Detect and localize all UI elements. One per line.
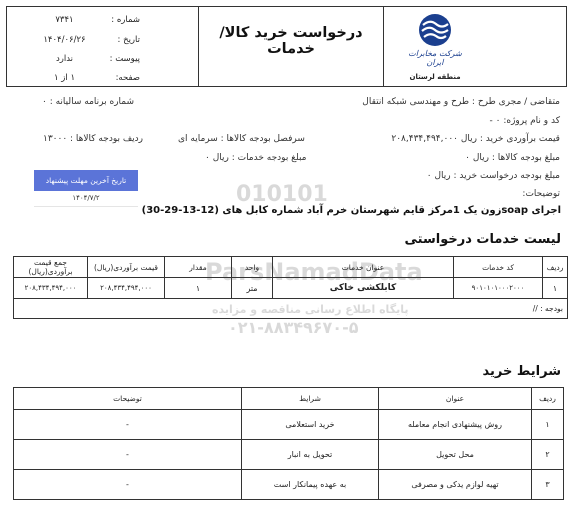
col-unit: واحد xyxy=(232,257,273,278)
request-budget-amount-info: مبلغ بودجه درخواست خرید : ریال ۰ xyxy=(427,171,560,181)
col-condition: شرایط xyxy=(242,388,379,410)
goods-budget-row-info: ردیف بودجه کالاها : ۱۳۰۰۰ xyxy=(43,134,143,144)
company-logo: شرکت مخابرات ایران منطقه لرستان xyxy=(404,13,466,83)
row-index: ۱ xyxy=(543,278,568,299)
col-note: توضیحات xyxy=(14,388,242,410)
document-header: شماره : ۷۳۴۱ تاریخ : ۱۴۰۴/۰۶/۲۶ پیوست : … xyxy=(6,6,567,87)
condition-note: - xyxy=(14,440,242,470)
description-label: توضیحات: xyxy=(522,189,560,199)
page-value: ۱ از ۱ xyxy=(7,73,122,83)
goods-budget-amount-info: مبلغ بودجه کالاها : ریال ۰ xyxy=(465,153,560,163)
attachment-value: ندارد xyxy=(7,54,122,64)
col-code: کد خدمات xyxy=(454,257,543,278)
services-table: ردیف کد خدمات عنوان خدمات واحد مقدار قیم… xyxy=(13,256,568,319)
goods-budget-heading-info: سرفصل بودجه کالاها : سرمایه ای xyxy=(178,134,305,144)
conditions-table: ردیف عنوان شرایط توضیحات ۱ روش پیشنهادی … xyxy=(13,387,564,500)
table-row: ۳ تهیه لوازم یدکی و مصرفی به عهده پیمانک… xyxy=(14,470,564,500)
watermark-binary: 010101 xyxy=(236,182,328,207)
col-index: ردیف xyxy=(543,257,568,278)
page-title: درخواست خرید کالا/خدمات xyxy=(199,25,383,57)
project-info: کد و نام پروژه: ۰ - xyxy=(490,116,560,126)
col-total: جمع قیمت برآوردی(ریال) xyxy=(14,257,88,278)
annual-program-info: شماره برنامه سالیانه : ۰ xyxy=(42,97,134,107)
description-text: اجرای soapزون یک 1مرکز قایم شهرستان خرم … xyxy=(142,205,561,216)
condition-value: خرید استعلامی xyxy=(242,410,379,440)
condition-title: روش پیشنهادی انجام معامله xyxy=(379,410,532,440)
condition-value: به عهده پیمانکار است xyxy=(242,470,379,500)
deadline-date: ۱۴۰۴/۷/۲ xyxy=(34,194,138,202)
requester-info: متقاضی / مجری طرح : طرح و مهندسی شبکه ان… xyxy=(362,97,560,107)
telecom-logo-icon xyxy=(418,13,452,47)
row-index: ۳ xyxy=(532,470,564,500)
table-row: ۲ محل تحویل تحویل به انبار - xyxy=(14,440,564,470)
watermark-phone: ۰۲۱-۸۸۳۴۹۶۷۰-۵ xyxy=(228,318,358,337)
row-index: ۱ xyxy=(532,410,564,440)
col-title: عنوان xyxy=(379,388,532,410)
services-section-title: لیست خدمات درخواستی xyxy=(405,232,561,247)
number-value: ۷۳۴۱ xyxy=(7,15,122,25)
condition-note: - xyxy=(14,410,242,440)
date-value: ۱۴۰۴/۰۶/۲۶ xyxy=(7,35,122,45)
col-unit-price: قیمت برآوردی(ریال) xyxy=(88,257,165,278)
logo-box: شرکت مخابرات ایران منطقه لرستان xyxy=(383,6,567,87)
condition-title: تهیه لوازم یدکی و مصرفی xyxy=(379,470,532,500)
condition-value: تحویل به انبار xyxy=(242,440,379,470)
estimated-price-info: قیمت برآوردی خرید : ریال ۲۰۸,۴۳۴,۴۹۴,۰۰۰ xyxy=(391,134,560,144)
table-header-row: ردیف کد خدمات عنوان خدمات واحد مقدار قیم… xyxy=(14,257,568,278)
service-total: ۲۰۸,۴۳۴,۴۹۴,۰۰۰ xyxy=(14,278,88,299)
condition-note: - xyxy=(14,470,242,500)
company-name: شرکت مخابرات ایران xyxy=(404,49,466,67)
conditions-section-title: شرایط خرید xyxy=(482,364,561,379)
table-row: ۱ روش پیشنهادی انجام معامله خرید استعلام… xyxy=(14,410,564,440)
budget-row: بودجه : // xyxy=(14,299,568,319)
region-name: منطقه لرستان xyxy=(404,73,466,81)
service-unit: متر xyxy=(232,278,273,299)
service-title: کابلکشی خاکی xyxy=(273,278,454,299)
table-row: ۱ ۹۰۱۰۱۰۱۰۰۰۲۰۰۰ کابلکشی خاکی متر ۱ ۲۰۸,… xyxy=(14,278,568,299)
divider xyxy=(34,206,138,207)
meta-box: شماره : ۷۳۴۱ تاریخ : ۱۴۰۴/۰۶/۲۶ پیوست : … xyxy=(6,6,199,87)
service-code: ۹۰۱۰۱۰۱۰۰۰۲۰۰۰ xyxy=(454,278,543,299)
deadline-button[interactable]: تاریخ آخرین مهلت پیشنهاد xyxy=(34,170,138,191)
row-index: ۲ xyxy=(532,440,564,470)
condition-title: محل تحویل xyxy=(379,440,532,470)
service-unit-price: ۲۰۸,۴۳۴,۴۹۴,۰۰۰ xyxy=(88,278,165,299)
col-qty: مقدار xyxy=(165,257,232,278)
services-budget-amount-info: مبلغ بودجه خدمات : ریال ۰ xyxy=(205,153,307,163)
table-header-row: ردیف عنوان شرایط توضیحات xyxy=(14,388,564,410)
title-box: درخواست خرید کالا/خدمات xyxy=(199,6,383,87)
col-title: عنوان خدمات xyxy=(273,257,454,278)
service-qty: ۱ xyxy=(165,278,232,299)
budget-note: بودجه : // xyxy=(14,299,568,319)
col-index: ردیف xyxy=(532,388,564,410)
